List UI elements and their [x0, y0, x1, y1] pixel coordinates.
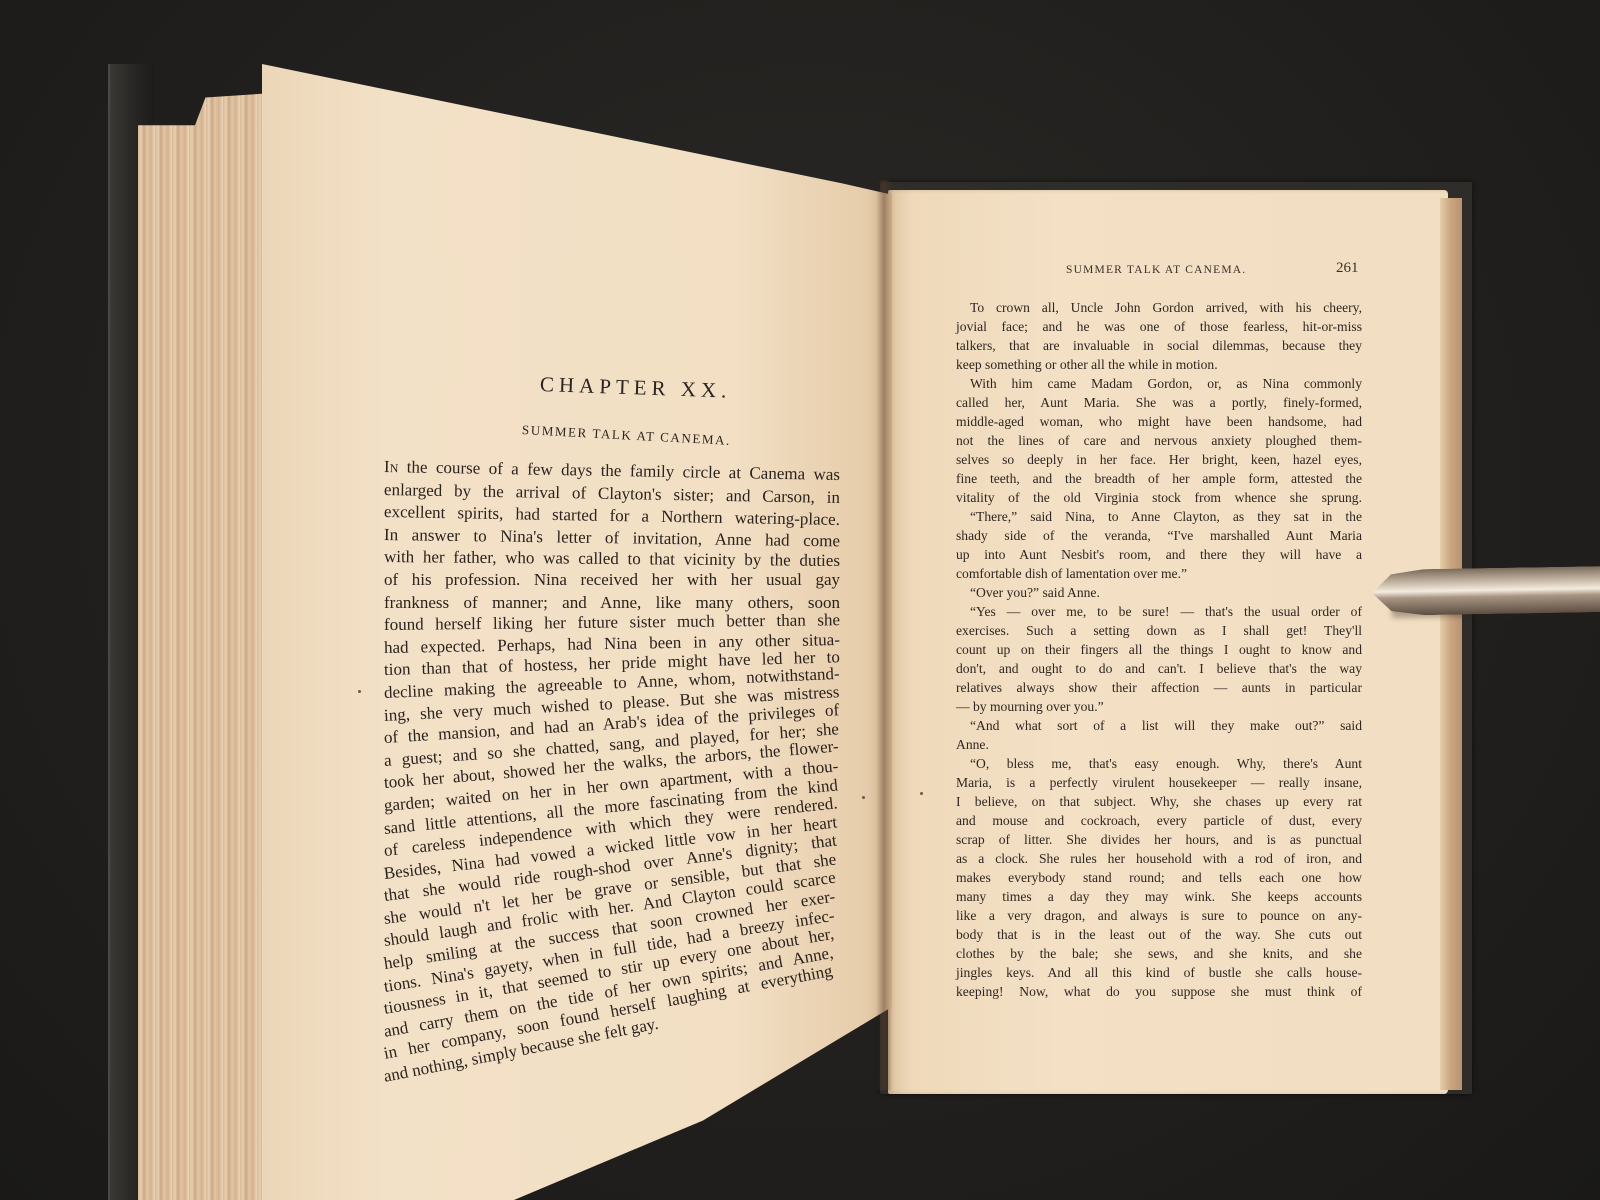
text-line: jovial face; and he was one of those fea… — [956, 317, 1362, 336]
text-line: — by mourning over you.” — [956, 697, 1362, 716]
text-line: With him came Madam Gordon, or, as Nina … — [956, 374, 1362, 393]
text-line: body that is in the least out of the way… — [956, 925, 1362, 944]
text-line: middle-aged woman, who might have been h… — [956, 412, 1362, 431]
text-line: “And what sort of a list will they make … — [956, 716, 1362, 735]
text-line: jingles keys. And all this kind of bustl… — [956, 963, 1362, 982]
text-line: “Yes — over me, to be sure! — that's the… — [956, 602, 1362, 621]
page-number: 261 — [1336, 260, 1359, 277]
book-gutter — [876, 180, 892, 1090]
text-line: don't, and ought to do and can't. I beli… — [956, 659, 1362, 678]
photo-scene: CHAPTER XX. SUMMER TALK AT CANEMA. In th… — [0, 0, 1600, 1200]
text-line: “There,” said Nina, to Anne Clayton, as … — [956, 507, 1362, 526]
paper-speck — [920, 792, 923, 795]
right-page-body: To crown all, Uncle John Gordon arrived,… — [956, 298, 1362, 1001]
page-block-edge-right — [1440, 198, 1462, 1090]
text-line: keeping! Now, what do you suppose she mu… — [956, 982, 1362, 1001]
text-line: up into Aunt Nesbit's room, and there th… — [956, 545, 1362, 564]
text-line: keep something or other all the while in… — [956, 355, 1362, 374]
text-line: exercises. Such a setting down as I shal… — [956, 621, 1362, 640]
text-line: count up on their fingers all the things… — [956, 640, 1362, 659]
text-line: Anne. — [956, 735, 1362, 754]
text-line: fine teeth, and the breadth of her ample… — [956, 469, 1362, 488]
text-line: as a clock. She rules her household with… — [956, 849, 1362, 868]
text-line: many times a day they may wink. She keep… — [956, 887, 1362, 906]
left-page-body: In the course of a few days the family c… — [384, 456, 840, 1089]
text-line: makes everybody stand round; and tells e… — [956, 868, 1362, 887]
text-line: relatives always show their affection — … — [956, 678, 1362, 697]
text-line: of his profession. Nina received her wit… — [384, 569, 840, 592]
text-line: called her, Aunt Maria. She was a portly… — [956, 393, 1362, 412]
text-line: talkers, that are invaluable in social d… — [956, 336, 1362, 355]
text-line: and mouse and cockroach, every particle … — [956, 811, 1362, 830]
text-line: like a very dragon, and always is sure t… — [956, 906, 1362, 925]
text-line: To crown all, Uncle John Gordon arrived,… — [956, 298, 1362, 317]
running-head: SUMMER TALK AT CANEMA. — [1066, 264, 1246, 276]
paper-speck — [358, 690, 361, 693]
text-line: selves so deeply in her face. Her bright… — [956, 450, 1362, 469]
text-line: I believe, on that subject. Why, she cha… — [956, 792, 1362, 811]
text-line: vitality of the old Virginia stock from … — [956, 488, 1362, 507]
text-line: not the lines of care and nervous anxiet… — [956, 431, 1362, 450]
text-line: scrap of litter. She divides her hours, … — [956, 830, 1362, 849]
text-line: “O, bless me, that's easy enough. Why, t… — [956, 754, 1362, 773]
text-line: shady side of the veranda, “I've marshal… — [956, 526, 1362, 545]
letter-opener — [1372, 566, 1600, 616]
drop-word: In — [384, 457, 399, 476]
paper-speck — [862, 796, 865, 799]
text-line: comfortable dish of lamentation over me.… — [956, 564, 1362, 583]
text-line: “Over you?” said Anne. — [956, 583, 1362, 602]
text-line: clothes by the bale; she sews, and she k… — [956, 944, 1362, 963]
text-line: Maria, is a perfectly virulent housekeep… — [956, 773, 1362, 792]
